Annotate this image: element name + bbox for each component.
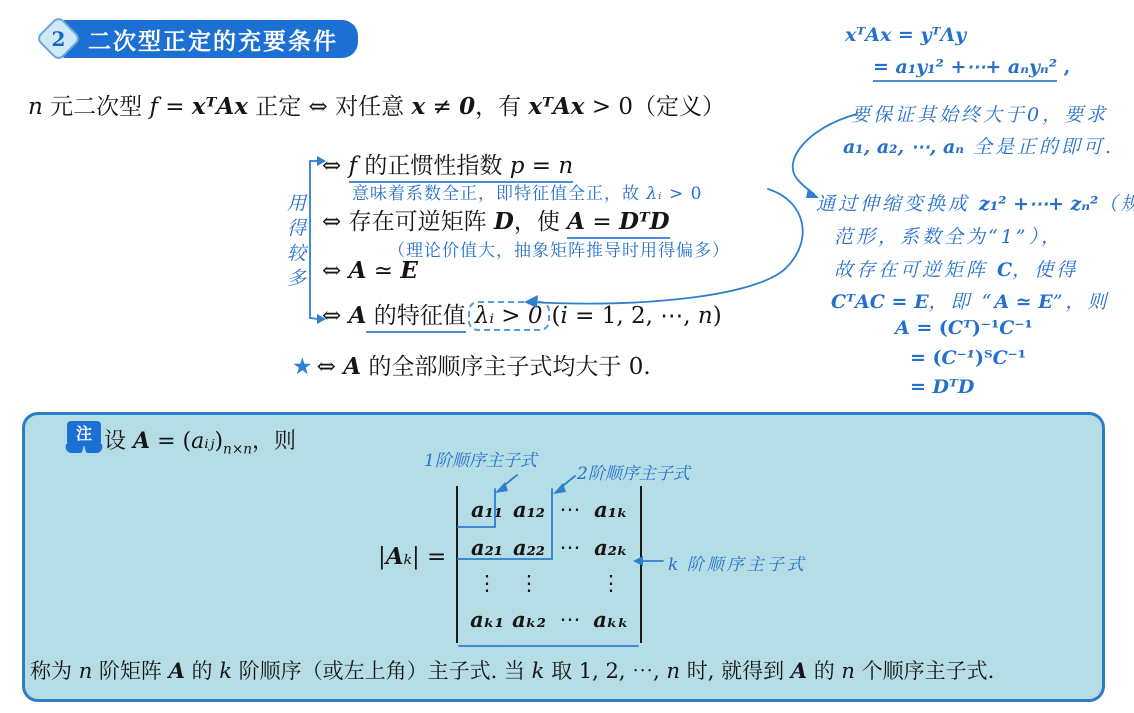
note-intro: 设 A = (aᵢⱼ)n×n，则 — [104, 424, 296, 457]
chain-row-leading-minors: ★⇔ A 的全部顺序主子式均大于 0. — [292, 348, 651, 381]
panel-line-4: a₁, a₂, ⋯, aₙ 全是正的即可. — [843, 132, 1114, 159]
matrix-cell: ⋯ — [550, 535, 590, 559]
panel-line-10: = (C⁻¹)ᵀC⁻¹ — [910, 347, 1026, 369]
textbook-page: { "header": { "badge_number": "2", "titl… — [0, 0, 1134, 713]
panel-line-3: 要保证其始终大于0，要求 — [851, 100, 1108, 127]
bracket-label: 用得较多 — [282, 193, 309, 293]
matrix-cell: a₂ₖ — [590, 535, 632, 560]
matrix-cell: a₂₂ — [508, 535, 550, 560]
label-order2-minor: 2阶顺序主子式 — [577, 459, 690, 484]
chain-row-congruent-E: ⇔ A ≃ E — [322, 257, 418, 284]
panel-line-1: xᵀAx = yᵀΛy — [845, 24, 966, 46]
matrix-cell: a₁ₖ — [590, 497, 632, 522]
matrix-cell: a₂₁ — [466, 535, 508, 560]
section-badge: 二次型正定的充要条件 2 — [42, 20, 358, 58]
note-badge: 注 — [67, 421, 101, 446]
matrix-cell: a₁₂ — [508, 497, 550, 522]
panel-line-2: = a₁y₁² +⋯+ aₙyₙ² , — [873, 56, 1070, 78]
determinant-matrix: a₁₁ a₁₂ ⋯ a₁ₖ a₂₁ a₂₂ ⋯ a₂ₖ ⋮ ⋮ ⋮ aₖ₁ aₖ… — [456, 486, 642, 643]
panel-line-6: 范形，系数全为“1”）， — [834, 222, 1063, 249]
matrix-cell: aₖ₂ — [508, 607, 550, 632]
label-order1-minor: 1阶顺序主子式 — [424, 446, 537, 471]
matrix-cell: ⋮ — [590, 571, 632, 595]
matrix-cell: ⋮ — [466, 571, 508, 595]
chain-note-theory-value: （理论价值大，抽象矩阵推导时用得偏多） — [388, 236, 730, 261]
matrix-cell: ⋯ — [550, 497, 590, 521]
note-footer: 称为 n 阶矩阵 A 的 k 阶顺序（或左上角）主子式. 当 k 取 1, 2,… — [30, 655, 994, 685]
section-number: 2 — [52, 26, 66, 50]
panel-line-5: 通过伸缩变换成 z₁² +⋯+ zₙ²（规 — [816, 189, 1134, 216]
panel-line-8: CᵀAC = E，即 “A ≃ E”，则 — [831, 287, 1109, 314]
chain-row-eigenvalues: ⇔ A 的特征值λᵢ > 0(i = 1, 2, ⋯, n) — [322, 297, 722, 330]
panel-line-9: A = (Cᵀ)⁻¹C⁻¹ — [895, 317, 1033, 339]
matrix-cell: ⋮ — [508, 571, 550, 595]
matrix-cell: aₖₖ — [590, 607, 632, 632]
chain-note-coefficients: 意味着系数全正，即特征值全正，故 λᵢ > 0 — [352, 179, 702, 204]
note-book-icon: 注 — [64, 421, 104, 455]
panel-line-11: = DᵀD — [910, 376, 974, 398]
chain-row-inertia-index: ⇔ f 的正惯性指数 p = n — [322, 147, 573, 180]
panel-line-7: 故存在可逆矩阵 C，使得 — [834, 255, 1078, 282]
definition-line: n 元二次型 f = xᵀAx 正定 ⇔ 对任意 x ≠ 0，有 xᵀAx > … — [28, 88, 725, 121]
section-title: 二次型正定的充要条件 — [58, 20, 358, 58]
label-orderk-minor: k 阶顺序主子式 — [668, 550, 807, 575]
matrix-cell: aₖ₁ — [466, 607, 508, 632]
determinant-lhs: |Aₖ| = — [378, 543, 446, 570]
chain-row-invertible-D: ⇔ 存在可逆矩阵 D，使 A = DᵀD — [322, 203, 670, 236]
matrix-cell: a₁₁ — [466, 497, 508, 522]
matrix-cell: ⋯ — [550, 607, 590, 631]
